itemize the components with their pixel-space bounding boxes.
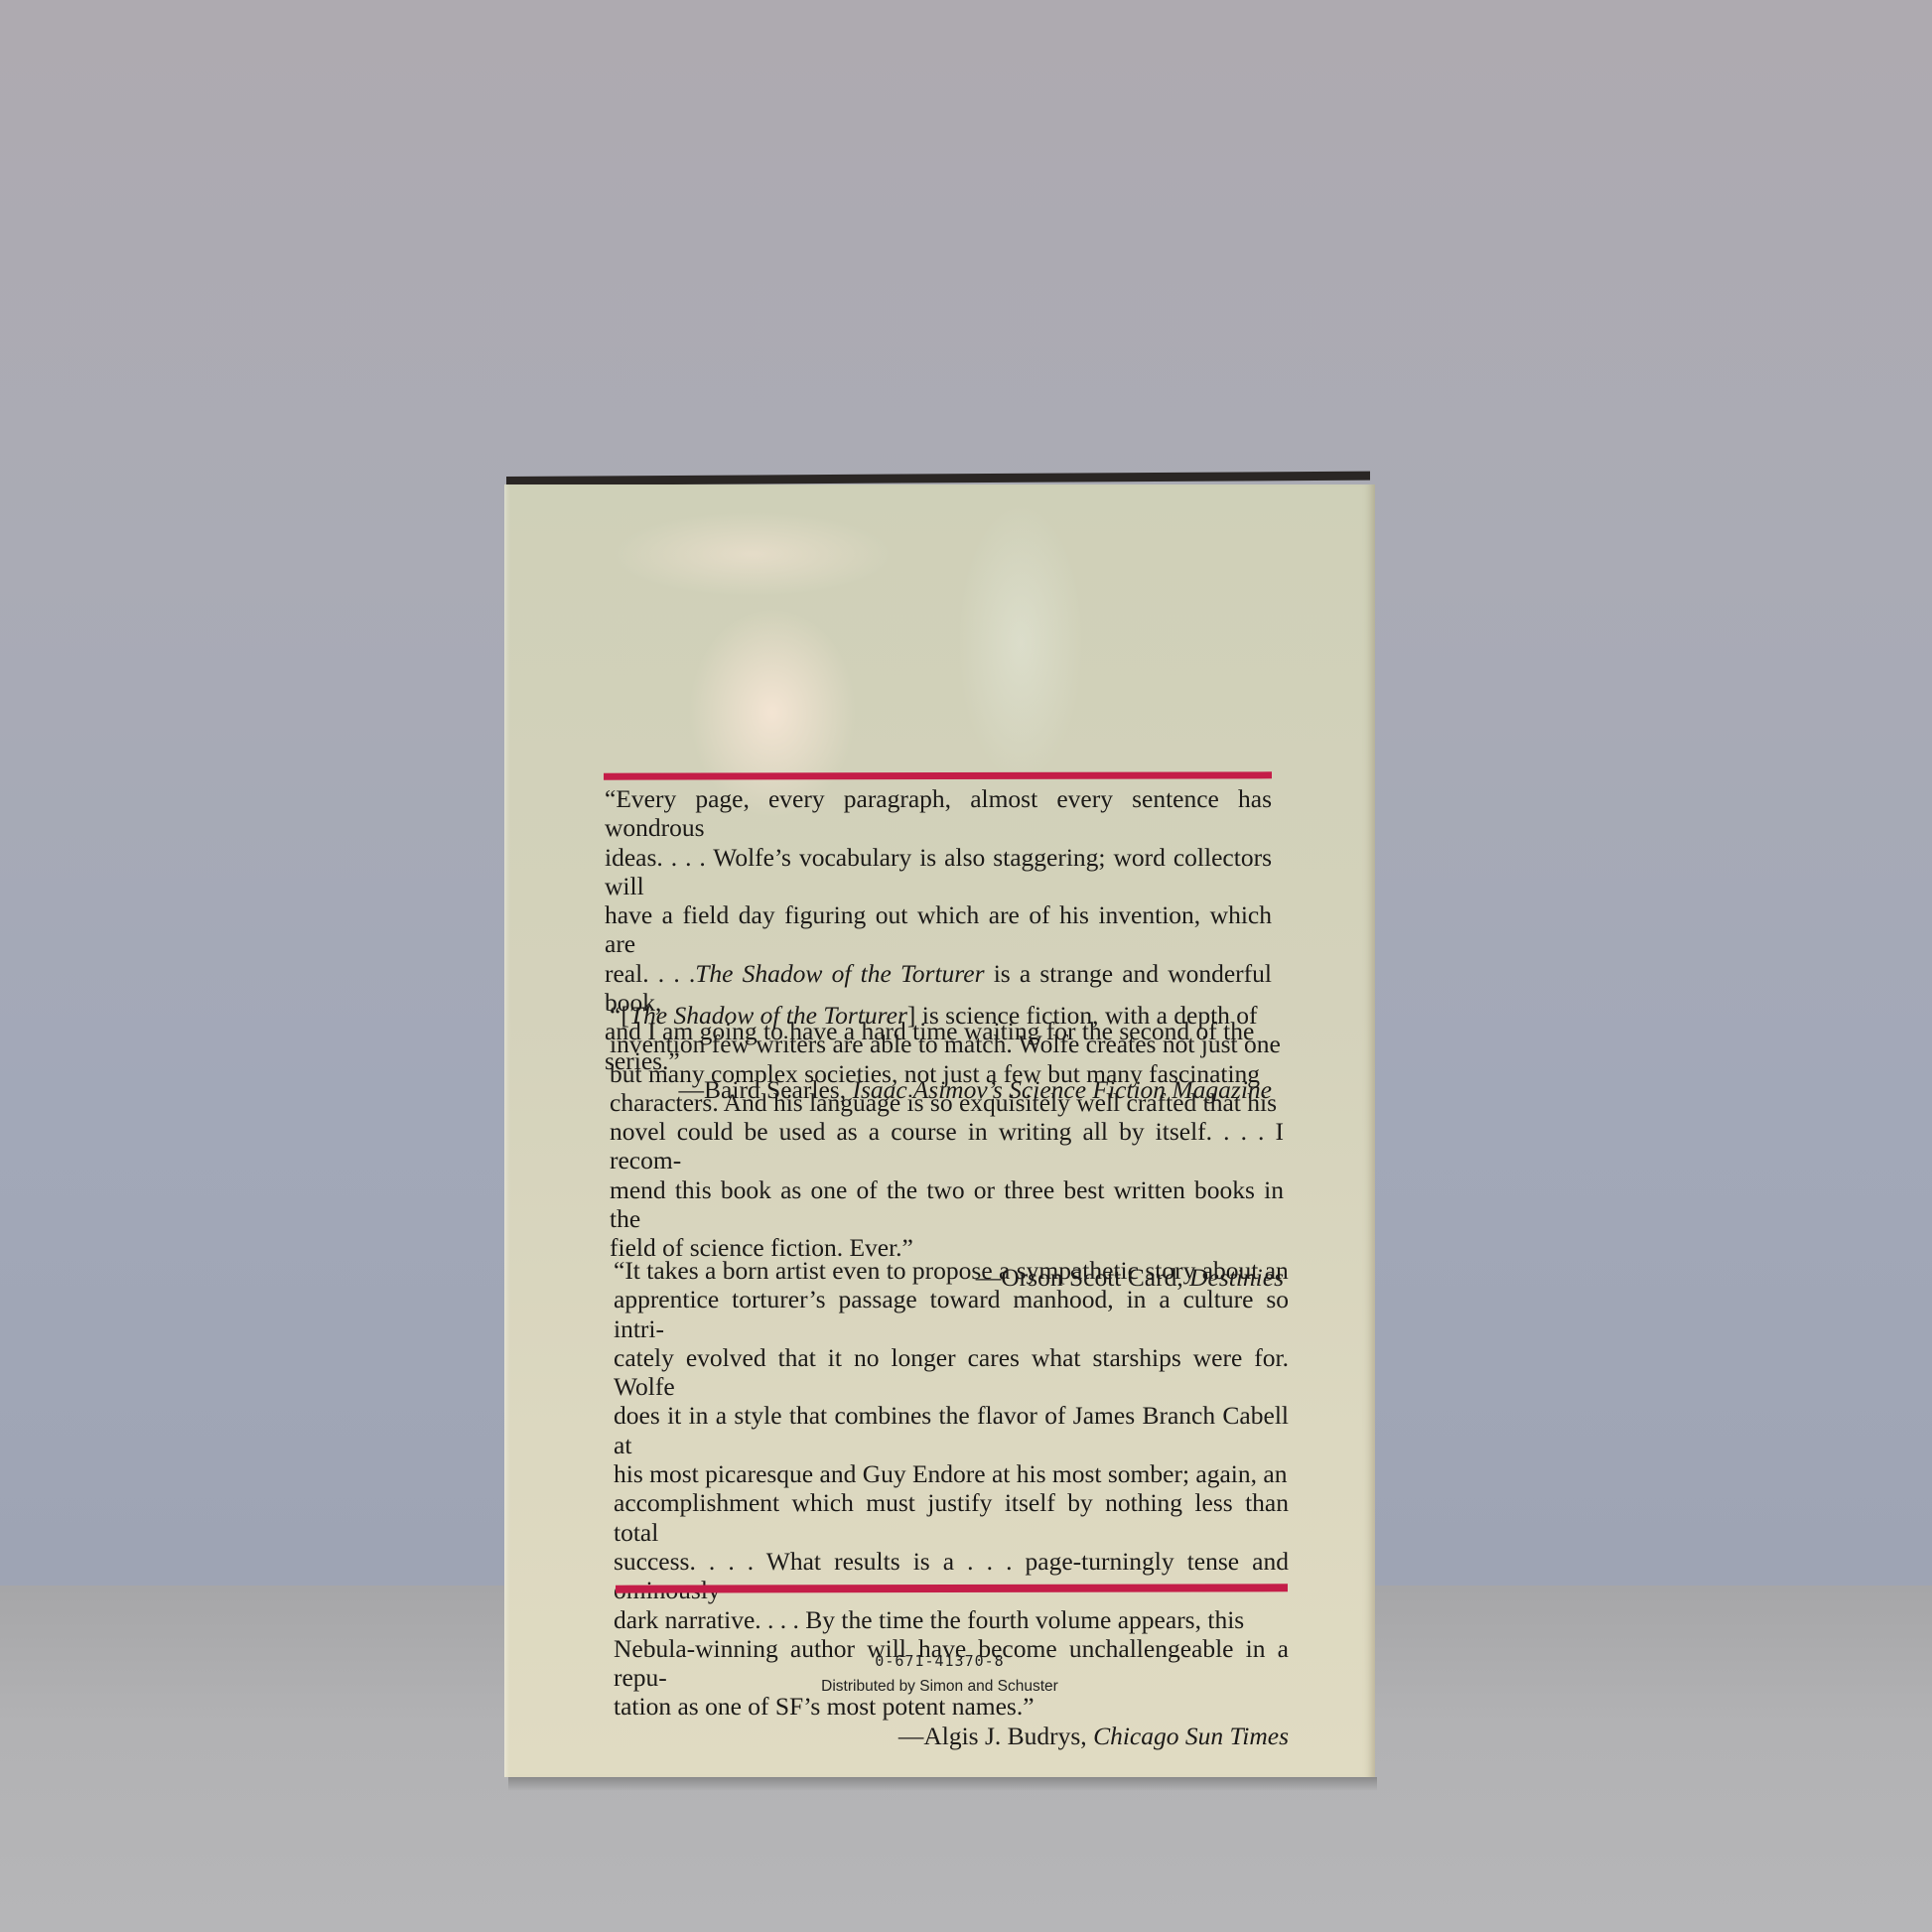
- isbn: 0-671-41370-8: [504, 1652, 1375, 1670]
- quote-line: “[The Shadow of the Torturer] is science…: [610, 1001, 1284, 1030]
- attribution: —Algis J. Budrys, Chicago Sun Times: [614, 1722, 1289, 1750]
- book-title: The Shadow of the Torturer: [629, 1001, 907, 1030]
- top-red-rule: [604, 771, 1272, 779]
- bottom-red-rule: [616, 1584, 1288, 1592]
- book-shadow: [508, 1777, 1377, 1791]
- distributor-credit: Distributed by Simon and Schuster: [504, 1678, 1375, 1696]
- book-back-cover: “Every page, every paragraph, almost eve…: [504, 484, 1375, 1777]
- quote-algis-budrys: “It takes a born artist even to propose …: [614, 1256, 1289, 1750]
- quote-orson-scott-card: “[The Shadow of the Torturer] is science…: [610, 1001, 1284, 1292]
- book-title: The Shadow of the Torturer: [695, 959, 984, 988]
